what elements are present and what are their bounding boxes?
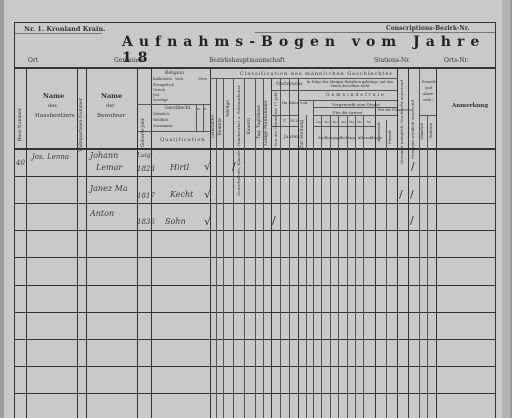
geburtsjahr-header: Geburts-Jahr: [141, 118, 146, 147]
col-rule: [216, 78, 217, 418]
jahren-header: Jahren: [284, 135, 299, 140]
fremde-weiblich-header: Weiblich: [429, 123, 433, 138]
class-col-geistliche: Geistliche: [211, 115, 216, 138]
check-mark-icon: √: [204, 188, 211, 201]
entry-jahr: 1823: [137, 165, 155, 173]
col-rule: [330, 115, 331, 418]
entry-haus-nr: 40: [16, 159, 25, 167]
entry-hausbesitzer: Jos. Lenna: [32, 153, 69, 161]
census-form-sheet: Nr. 1. Kronland Krain. Conscriptions-Bez…: [4, 0, 504, 418]
fremde-maennlich-header: Männlich: [420, 123, 424, 140]
gesamt-weiblich-header: Gesammt weiblich anwesend: [410, 100, 415, 159]
geschlecht-row: Zusammen: [153, 124, 173, 128]
rule: [255, 32, 495, 33]
rule: [298, 100, 397, 101]
entry-bewohner-first: Johann: [90, 151, 118, 160]
rule: [137, 104, 210, 105]
form-number-kronland: Nr. 1. Kronland Krain.: [24, 25, 105, 33]
col-rule: [355, 115, 356, 418]
religion-row: Katholisch: [153, 77, 172, 81]
bezirk-label: Bezirkshauptmannschaft: [209, 57, 285, 64]
rule: [14, 33, 102, 34]
stations-number-label: Stations-Nr.: [374, 57, 410, 64]
heer-sub: 1te: [316, 120, 321, 124]
col-rule: [77, 69, 78, 418]
rule: [298, 90, 397, 91]
anmerkung-header: Anmerkung: [452, 103, 488, 109]
class-col-adelige: Adelige: [226, 100, 231, 117]
check-mark-icon: √: [204, 160, 211, 173]
name-hausbesitzer-header-1: Name: [43, 92, 64, 100]
col-rule: [137, 69, 138, 418]
col-rule: [26, 69, 27, 418]
age-18: 18: [290, 119, 294, 123]
col-rule: [196, 104, 197, 131]
entry-bewohner: Janez Ma: [90, 184, 128, 193]
religion-block-title: Religion: [165, 71, 184, 76]
class-col-honoratioren: Gewerbsleute, Künstler, Handwerker u. Re…: [236, 85, 241, 196]
stellungspflichtige-header: Stellungspflichtige Altersklasse: [318, 135, 382, 140]
entry-jahr: 1836: [137, 218, 155, 226]
col-rule: [386, 120, 387, 418]
check-mark-icon: √: [204, 215, 211, 228]
class-col-beamte: Beamte: [218, 118, 223, 135]
geschlecht-row: Männlich: [153, 112, 170, 116]
fuer-fuhrwesen-header: Für die Fuhrwesen: [378, 108, 412, 112]
geschlecht-block-title: Geschlecht: [165, 106, 190, 111]
slash-mark-icon: /: [411, 160, 415, 173]
conscription-district-number: Conscriptions-Bezirk-Nr.: [386, 25, 469, 32]
geschlecht-row: Weiblich: [153, 118, 168, 122]
col-rule: [86, 69, 87, 418]
col-rule: [427, 115, 428, 418]
entry-bewohner: Anton: [90, 209, 114, 218]
frame-top: [14, 22, 496, 23]
entry-bewohner-last: Lemar: [96, 163, 122, 172]
fremde-header: Fremde: [388, 130, 392, 144]
col-rule: [298, 78, 299, 418]
age-19: 19: [295, 119, 299, 123]
entry-jahr-note: Luigi: [137, 152, 153, 159]
slash-mark-icon: /: [410, 214, 414, 227]
rule: [137, 131, 210, 132]
ort-label: Ort: [28, 57, 38, 64]
rule: [313, 115, 397, 116]
orts-number-label: Orts-Nr.: [444, 57, 469, 64]
zur-stellung-header: Zur Stellung: [300, 120, 305, 149]
slash-mark-icon: /: [410, 188, 414, 201]
col-rule: [244, 78, 245, 418]
wohnparteien-header: Wohnparteien-Nummer: [79, 98, 84, 152]
col-rule: [363, 115, 364, 418]
fremde-block-1: Fremde: [422, 80, 436, 84]
rule: [419, 115, 436, 116]
gesamt-maennlich-header: Gesammt männlich Geschlecht anwesend: [399, 80, 404, 165]
col-rule: [436, 69, 437, 418]
col-rule: [347, 115, 348, 418]
col-rule: [338, 115, 339, 418]
col-rule: [271, 78, 272, 418]
slash-mark-icon: /: [272, 214, 276, 227]
fremde-block-4: senh.): [423, 98, 434, 102]
col-rule: [151, 69, 152, 418]
abwesende-header: Abwesende: [377, 122, 381, 142]
col-rule: [419, 69, 420, 418]
entry-qualification: Kecht: [170, 190, 193, 199]
entry-qualification: Sohn: [165, 217, 186, 226]
nachwuchs-sub-header: Von der Geburt bis 17 Jahr: [273, 92, 278, 146]
qualification-header: Qualification: [160, 137, 206, 143]
rule: [271, 90, 298, 91]
religion-row: Griech.: [153, 88, 166, 92]
col-rule: [223, 78, 224, 418]
col-rule: [280, 78, 281, 418]
frame-right: [495, 22, 496, 418]
slash-mark-icon: /: [232, 160, 236, 173]
col-rule: [203, 104, 204, 131]
classification-title: Classification des männlichen Geschlecht…: [240, 71, 393, 77]
alter-von-header: Im Alter von: [282, 100, 307, 105]
religion-row: Sonstige: [153, 98, 168, 102]
entry-jahr: 1817: [137, 192, 155, 200]
religion-header: Verh.: [175, 77, 184, 81]
name-hausbesitzer-header-2: des: [48, 103, 57, 109]
name-bewohner-header-2: der: [106, 103, 115, 109]
fremde-block-2: (auf: [425, 86, 432, 90]
name-hausbesitzer-header-3: Hausbesitzers: [35, 113, 75, 119]
class-col-ledige: Ledige Mannsbilder: [264, 100, 269, 146]
religion-header: Verw.: [198, 77, 208, 81]
gemeindefreie-header: Gemeindefreie: [326, 93, 386, 98]
entry-qualification: Hirtl: [170, 163, 189, 172]
col-rule: [255, 78, 256, 418]
col-rule: [321, 115, 322, 418]
gemeinde-label: Gemeinde: [114, 57, 145, 64]
frame-left: [14, 22, 15, 418]
col-rule: [306, 115, 307, 418]
slash-mark-icon: /: [399, 188, 403, 201]
age-17: 17: [282, 119, 286, 123]
heer-sub: 3te: [332, 120, 337, 124]
religion-row: Evangelisch: [153, 83, 174, 87]
rule: [313, 126, 375, 127]
heer-sub: 2te: [324, 120, 329, 124]
haus-nummer-header: Haus-Nummer: [18, 108, 23, 142]
class-col-taglohner: Tag. Taglöhner: [257, 105, 262, 139]
fremde-block-3: Abwe-: [423, 92, 434, 96]
rule: [210, 78, 398, 79]
col-rule: [397, 69, 398, 418]
heer-sub: 4te: [341, 120, 346, 124]
col-rule: [408, 69, 409, 418]
religion-row: Jüd.: [153, 93, 160, 97]
col-rule: [289, 78, 290, 418]
nachwuchs-header: Nachwuchs: [276, 82, 303, 87]
vorgemerkt-header: Vorgemerkt zum Dienst: [332, 102, 380, 107]
fuer-armee-header: Für die Armee: [333, 110, 362, 115]
col-rule: [375, 100, 376, 418]
class-col-bauern: Bauern: [247, 118, 252, 135]
col-rule: [313, 100, 314, 418]
heer-sub: 6te: [357, 120, 362, 124]
name-bewohner-header-3: Bewohner: [97, 113, 125, 119]
name-bewohner-header-1: Name: [101, 92, 122, 100]
heer-sub: 5te: [349, 120, 354, 124]
col-rule: [233, 78, 234, 418]
heer-sub: 7te: [366, 120, 371, 124]
bestimmung-header: In Folge der übrigen Rubriken gehörige, …: [306, 80, 394, 88]
